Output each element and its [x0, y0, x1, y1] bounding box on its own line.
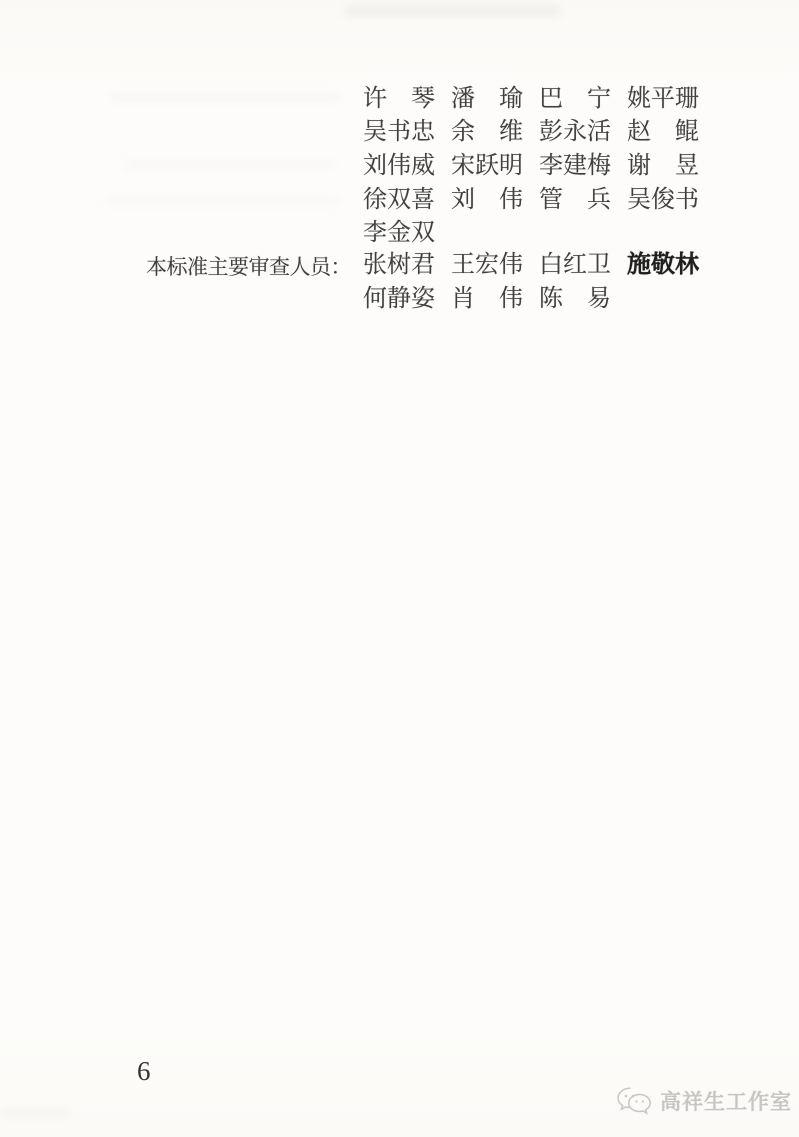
person-name: 吴书忠: [363, 119, 435, 145]
drafters-row: 刘伟威宋跃明李建梅谢 昱: [363, 153, 699, 181]
scan-bleed-artifact: [110, 92, 340, 102]
person-name: 宋跃明: [451, 153, 523, 179]
person-name: 肖 伟: [451, 286, 523, 312]
scan-bleed-artifact: [345, 6, 560, 16]
person-name: 姚平珊: [627, 86, 699, 112]
wechat-icon: [616, 1086, 654, 1116]
drafters-row: 许 琴潘 瑜巴 宁姚平珊: [363, 86, 699, 114]
watermark-text: 高祥生工作室: [660, 1086, 792, 1116]
scan-bleed-artifact: [125, 160, 335, 169]
drafters-row: 李金双: [363, 220, 435, 248]
reviewers-section-label: 本标准主要审查人员：: [146, 255, 351, 279]
scan-bleed-artifact: [105, 196, 340, 205]
person-name: 管 兵: [539, 187, 611, 213]
person-name: 谢 昱: [627, 153, 699, 179]
person-name: 巴 宁: [539, 86, 611, 112]
person-name: 王宏伟: [451, 252, 523, 278]
person-name: 张树君: [363, 252, 435, 278]
person-name: 刘 伟: [451, 187, 523, 213]
person-name: 赵 鲲: [627, 119, 699, 145]
person-name: 许 琴: [363, 86, 435, 112]
person-name: 刘伟威: [363, 153, 435, 179]
scan-bleed-artifact: [0, 1108, 70, 1118]
document-page: 许 琴潘 瑜巴 宁姚平珊 吴书忠余 维彭永活赵 鲲 刘伟威宋跃明李建梅谢 昱 徐…: [0, 0, 799, 1137]
drafters-row: 徐双喜刘 伟管 兵吴俊书: [363, 187, 699, 215]
person-name: 白红卫: [539, 252, 611, 278]
person-name: 何静姿: [363, 286, 435, 312]
person-name: 吴俊书: [627, 187, 699, 213]
person-name: 李建梅: [539, 153, 611, 179]
drafters-row: 吴书忠余 维彭永活赵 鲲: [363, 119, 699, 147]
watermark: 高祥生工作室: [616, 1086, 792, 1116]
person-name: 陈 易: [539, 286, 611, 312]
person-name: 徐双喜: [363, 187, 435, 213]
person-name: 潘 瑜: [451, 86, 523, 112]
person-name: 李金双: [363, 220, 435, 246]
person-name: 余 维: [451, 119, 523, 145]
page-number: 6: [137, 1056, 151, 1087]
reviewers-row: 何静姿肖 伟陈 易: [363, 286, 611, 314]
reviewers-row: 张树君王宏伟白红卫施敬林: [363, 252, 699, 280]
person-name: 彭永活: [539, 119, 611, 145]
person-name: 施敬林: [627, 252, 699, 278]
